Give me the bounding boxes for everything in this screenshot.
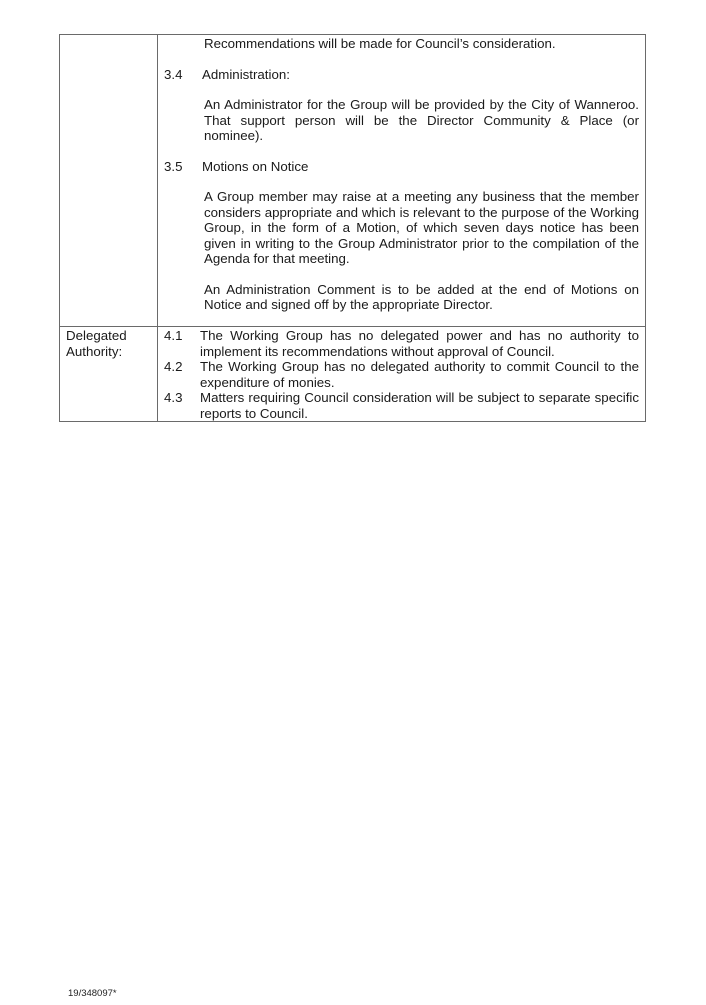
row-content-cell: Recommendations will be made for Council…	[158, 35, 646, 327]
row-label-delegated-authority: Delegated Authority:	[60, 327, 157, 359]
paragraph: An Administration Comment is to be added…	[204, 282, 639, 313]
row-label	[60, 35, 157, 36]
item-number: 4.2	[164, 359, 200, 390]
list-item: 4.1 The Working Group has no delegated p…	[164, 328, 639, 359]
table-row: Delegated Authority: 4.1 The Working Gro…	[60, 327, 646, 422]
row-label-cell: Delegated Authority:	[60, 327, 158, 422]
section-number: 3.5	[164, 159, 202, 175]
section-number: 3.4	[164, 67, 202, 83]
section-heading-3-4: 3.4 Administration:	[164, 67, 639, 83]
list-item: 4.3 Matters requiring Council considerat…	[164, 390, 639, 421]
paragraph: A Group member may raise at a meeting an…	[204, 189, 639, 267]
item-number: 4.1	[164, 328, 200, 359]
document-reference: 19/348097*	[68, 986, 117, 1002]
item-text: The Working Group has no delegated power…	[200, 328, 639, 359]
intro-paragraph: Recommendations will be made for Council…	[204, 36, 639, 52]
item-text: Matters requiring Council consideration …	[200, 390, 639, 421]
paragraph: An Administrator for the Group will be p…	[204, 97, 639, 144]
table-row: Recommendations will be made for Council…	[60, 35, 646, 327]
section-title: Motions on Notice	[202, 159, 308, 175]
row-label-cell	[60, 35, 158, 327]
item-number: 4.3	[164, 390, 200, 421]
item-text: The Working Group has no delegated autho…	[200, 359, 639, 390]
row-content-cell: 4.1 The Working Group has no delegated p…	[158, 327, 646, 422]
terms-of-reference-table: Recommendations will be made for Council…	[59, 34, 646, 422]
list-item: 4.2 The Working Group has no delegated a…	[164, 359, 639, 390]
section-heading-3-5: 3.5 Motions on Notice	[164, 159, 639, 175]
section-title: Administration:	[202, 67, 290, 83]
